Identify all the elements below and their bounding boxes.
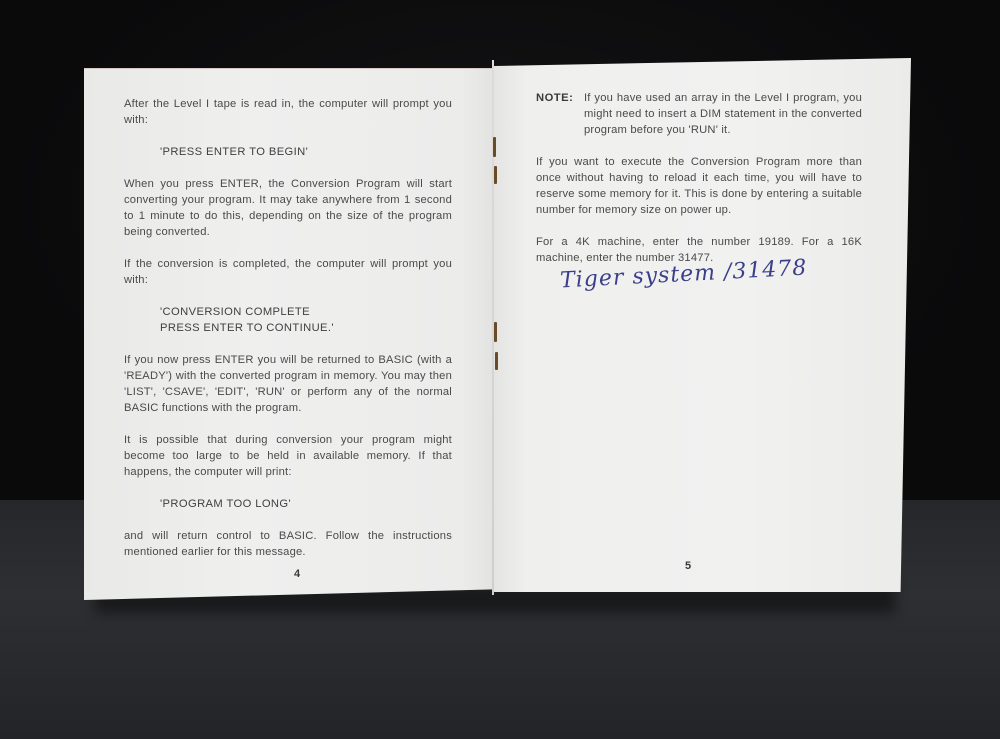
right-page-text: NOTE: If you have used an array in the L… <box>536 90 862 282</box>
note-label: NOTE: <box>536 90 584 138</box>
staple-icon <box>495 352 498 370</box>
prompt-line: 'CONVERSION COMPLETE <box>160 304 452 320</box>
paragraph: It is possible that during conversion yo… <box>124 432 452 480</box>
staple-icon <box>494 322 497 342</box>
right-page-number: 5 <box>685 558 691 574</box>
paragraph: and will return control to BASIC. Follow… <box>124 528 452 560</box>
paragraph: If the conversion is completed, the comp… <box>124 256 452 288</box>
prompt-line: 'PRESS ENTER TO BEGIN' <box>160 144 452 160</box>
left-page: After the Level I tape is read in, the c… <box>84 68 494 600</box>
staple-icon <box>493 137 496 157</box>
computer-prompt: 'PROGRAM TOO LONG' <box>160 496 452 512</box>
paragraph: When you press ENTER, the Conversion Pro… <box>124 176 452 240</box>
left-page-number: 4 <box>294 566 300 582</box>
note: NOTE: If you have used an array in the L… <box>536 90 862 138</box>
prompt-line: 'PROGRAM TOO LONG' <box>160 496 452 512</box>
prompt-line: PRESS ENTER TO CONTINUE.' <box>160 320 452 336</box>
left-page-text: After the Level I tape is read in, the c… <box>124 96 452 576</box>
paragraph: After the Level I tape is read in, the c… <box>124 96 452 128</box>
computer-prompt: 'PRESS ENTER TO BEGIN' <box>160 144 452 160</box>
note-text: If you have used an array in the Level I… <box>584 90 862 138</box>
right-page: NOTE: If you have used an array in the L… <box>494 58 911 592</box>
computer-prompt: 'CONVERSION COMPLETEPRESS ENTER TO CONTI… <box>160 304 452 336</box>
staple-icon <box>494 166 497 184</box>
paragraph-reserve-memory: If you want to execute the Conversion Pr… <box>536 154 862 218</box>
paragraph: If you now press ENTER you will be retur… <box>124 352 452 416</box>
